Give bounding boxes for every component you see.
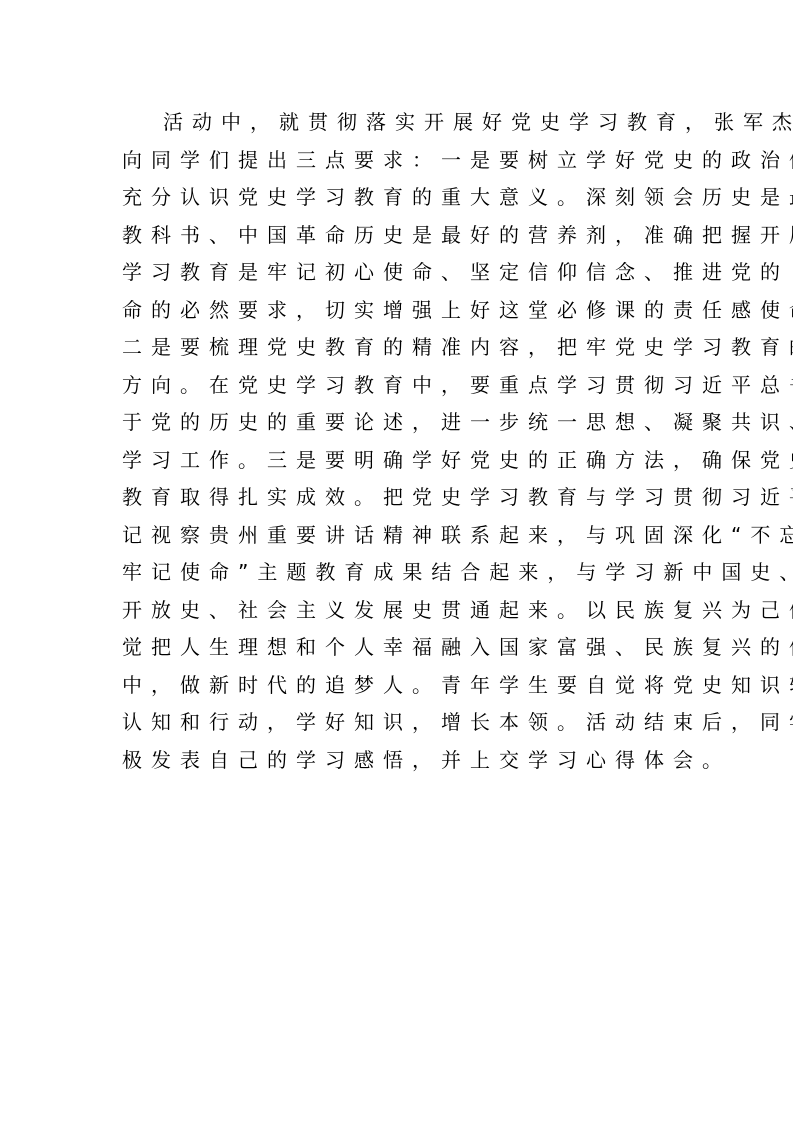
paragraph-line: 开放史、社会主义发展史贯通起来。以民族复兴为己任，自 — [122, 592, 682, 630]
paragraph-line: 教育取得扎实成效。把党史学习教育与学习贯彻习近平总书 — [122, 479, 682, 517]
document-page: 活动中，就贯彻落实开展好党史学习教育，张军杰书记 向同学们提出三点要求：一是要树… — [0, 0, 793, 1122]
paragraph-line: 觉把人生理想和个人幸福融入国家富强、民族复兴的伟业之 — [122, 629, 682, 667]
paragraph-line: 学习工作。三是要明确学好党史的正确方法，确保党史学习 — [122, 442, 682, 480]
paragraph-line: 命的必然要求，切实增强上好这堂必修课的责任感使命感。 — [122, 292, 682, 330]
paragraph-line: 极发表自己的学习感悟，并上交学习心得体会。 — [122, 742, 682, 780]
paragraph-line: 认知和行动，学好知识，增长本领。活动结束后，同学们积 — [122, 704, 682, 742]
paragraph-line: 牢记使命”主题教育成果结合起来，与学习新中国史、改革 — [122, 554, 682, 592]
paragraph-line: 于党的历史的重要论述，进一步统一思想、凝聚共识、开展 — [122, 404, 682, 442]
paragraph-line: 教科书、中国革命历史是最好的营养剂，准确把握开展党史 — [122, 217, 682, 255]
paragraph-line: 记视察贵州重要讲话精神联系起来，与巩固深化“不忘初心、 — [122, 517, 682, 555]
paragraph-line: 活动中，就贯彻落实开展好党史学习教育，张军杰书记 — [122, 104, 682, 142]
body-paragraph: 活动中，就贯彻落实开展好党史学习教育，张军杰书记 向同学们提出三点要求：一是要树… — [122, 104, 682, 779]
paragraph-line: 学习教育是牢记初心使命、坚定信仰信念、推进党的自我革 — [122, 254, 682, 292]
paragraph-line: 中，做新时代的追梦人。青年学生要自觉将党史知识转化成 — [122, 667, 682, 705]
paragraph-line: 二是要梳理党史教育的精准内容，把牢党史学习教育的正确 — [122, 329, 682, 367]
paragraph-line: 充分认识党史学习教育的重大意义。深刻领会历史是最好的 — [122, 179, 682, 217]
paragraph-line: 向同学们提出三点要求：一是要树立学好党史的政治信念， — [122, 142, 682, 180]
paragraph-line: 方向。在党史学习教育中，要重点学习贯彻习近平总书记关 — [122, 367, 682, 405]
